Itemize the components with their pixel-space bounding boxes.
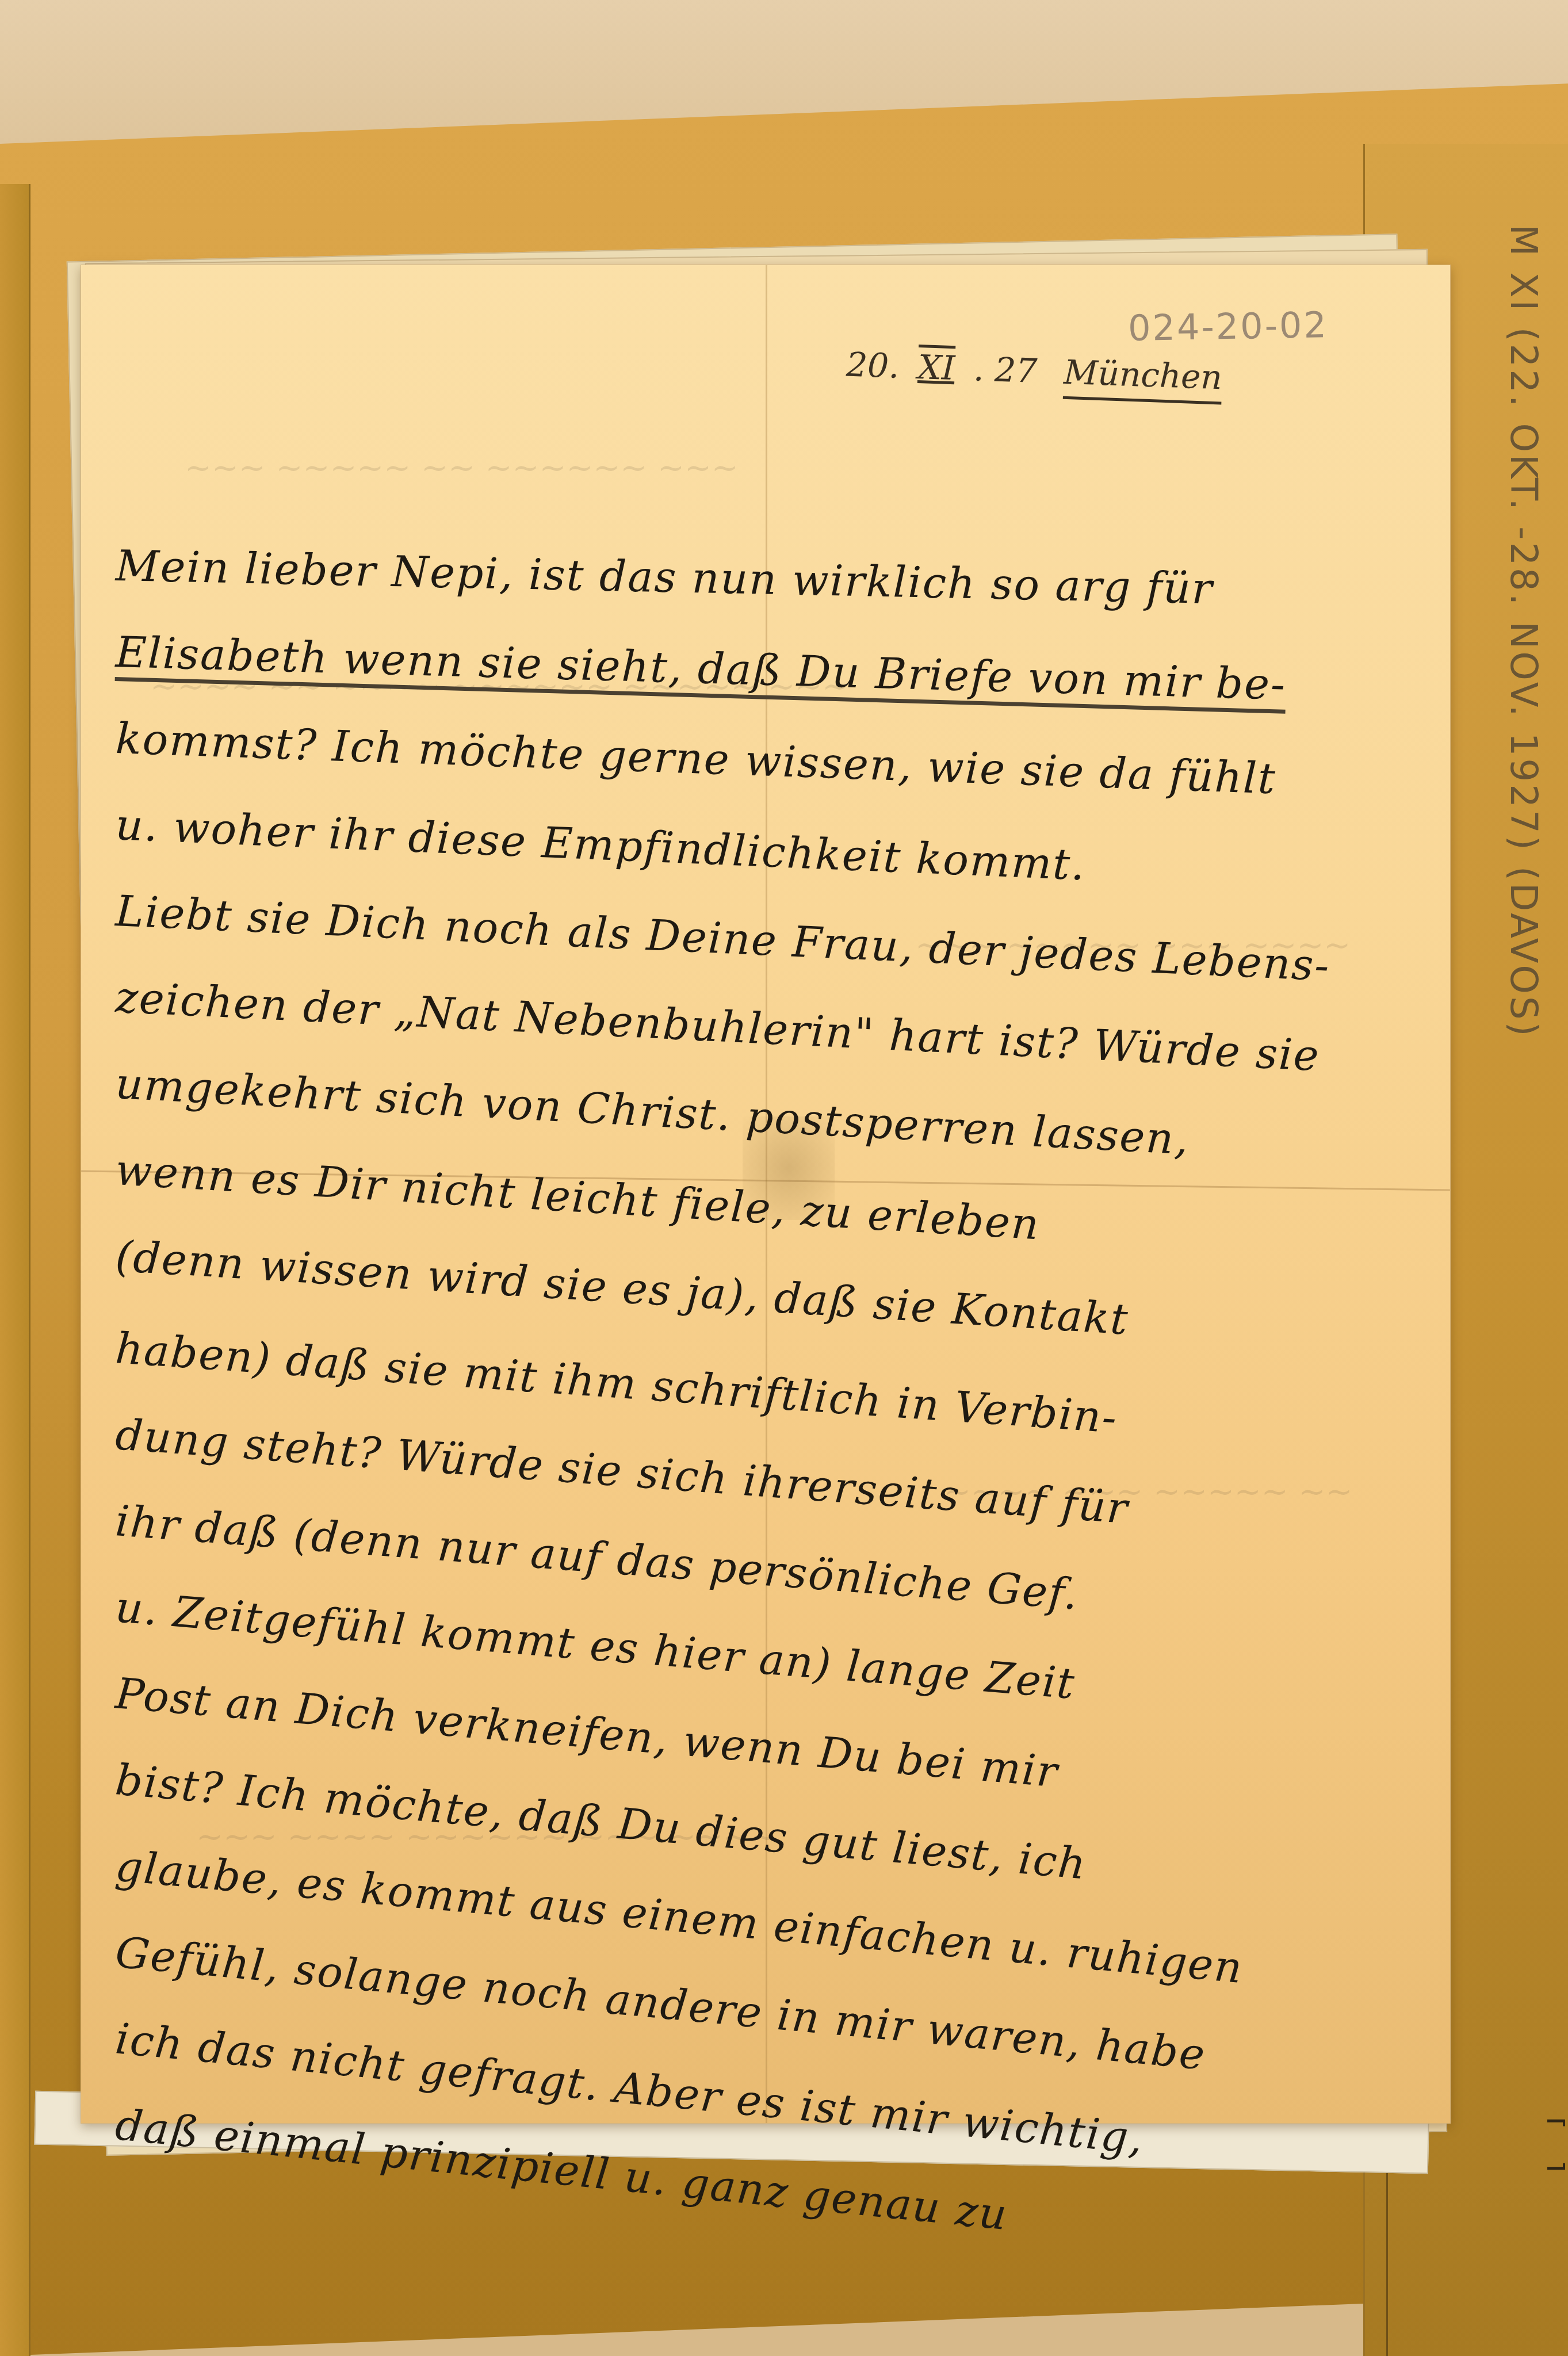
letter-line: zeichen der „Nat Nebenbuhlerin" hart ist… (114, 973, 1321, 1081)
dateline: 20. XI . 27 München (846, 345, 1223, 397)
letter-line: Mein lieber Nepi, ist das nun wirklich s… (115, 541, 1214, 614)
letter-line: Liebt sie Dich noch als Deine Frau, der … (114, 886, 1331, 991)
date-year: . 27 (973, 349, 1038, 391)
letter-line: umgekehrt sich von Christ. postsperren l… (114, 1059, 1191, 1165)
archive-number: 024-20-02 (1127, 304, 1328, 349)
folder-crease (1386, 2151, 1388, 2356)
folder-left-flap (0, 184, 30, 2356)
letter-line: u. woher ihr diese Empfindlichkeit kommt… (114, 800, 1087, 890)
date-day: 20. (846, 345, 900, 386)
folder-bottom-note: [...] (1547, 2117, 1568, 2278)
letter-sheet: ~~~ ~~~~~ ~~ ~~~~~~ ~~~ ~~~~ ~~ ~~~~ ~~~… (81, 265, 1451, 2124)
letter-line: kommst? Ich möchte gerne wissen, wie sie… (114, 714, 1277, 804)
folder-margin-note: M XI (22. OKT. -28. NOV. 1927) (DAVOS) (1493, 224, 1544, 1317)
letter-line: (denn wissen wird sie es ja), daß sie Ko… (114, 1231, 1130, 1345)
date-place: München (1063, 353, 1223, 397)
show-through-text: ~~~ ~~~~~ ~~ ~~~~~~ ~~~ (185, 449, 739, 487)
letter-line: wenn es Dir nicht leicht fiele, zu erleb… (114, 1145, 1041, 1249)
date-month: XI (917, 347, 956, 388)
